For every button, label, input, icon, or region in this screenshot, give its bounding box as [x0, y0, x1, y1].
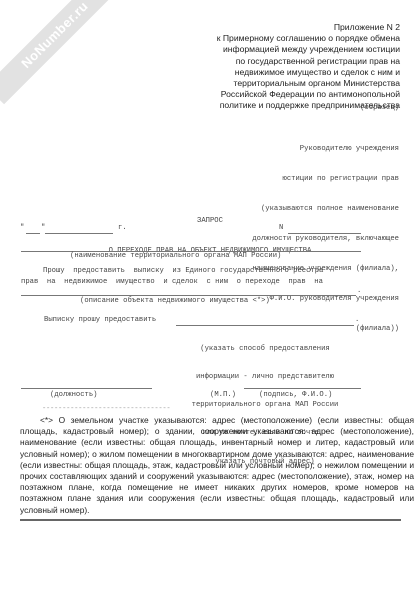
delivery-end: .: [355, 316, 359, 324]
appendix-line: к Примерному соглашению о порядке обмена: [140, 33, 400, 44]
position-caption: (должность): [50, 391, 97, 399]
appendix-header: Приложение N 2 к Примерному соглашению о…: [140, 22, 400, 112]
object-description-field[interactable]: [21, 295, 356, 296]
bottom-divider: [20, 519, 401, 521]
position-field[interactable]: [21, 388, 152, 389]
delivery-caption-line: (указать способ предоставления: [176, 345, 354, 354]
appendix-line: Российской Федерации по антимонопольной: [140, 89, 400, 100]
number-field[interactable]: [288, 233, 361, 234]
footnote-separator: --------------------------------: [42, 405, 170, 413]
date-quote-open: ": [20, 224, 24, 232]
sample-label: (образец): [360, 104, 399, 112]
heading-title: ЗАПРОС: [0, 216, 420, 226]
request-line-end: .: [357, 287, 361, 295]
footnote-text: <*> О земельном участке указываются: адр…: [20, 415, 414, 516]
request-line-2: прав на недвижимое имущество и сделок с …: [21, 278, 323, 286]
footnote: <*> О земельном участке указываются: адр…: [20, 415, 414, 516]
appendix-title: Приложение N 2: [140, 22, 400, 33]
watermark: NoNumber.ru: [0, 0, 124, 104]
delivery-label: Выписку прошу предоставить: [44, 316, 156, 324]
appendix-line: недвижимое имущество и сделок с ним и: [140, 67, 400, 78]
stamp-caption: (М.П.): [210, 391, 236, 399]
month-field[interactable]: [45, 233, 113, 234]
addressee-line: Руководителю учреждения: [252, 144, 399, 154]
delivery-caption-line: информации - лично представителю: [176, 373, 354, 382]
object-caption: (описание объекта недвижимого имущества …: [80, 297, 270, 305]
addressee-line: юстиции по регистрации прав: [252, 174, 399, 184]
appendix-line: по государственной регистрации прав на: [140, 56, 400, 67]
appendix-line: информацией между учреждением юстиции: [140, 44, 400, 55]
day-field[interactable]: [26, 233, 40, 234]
appendix-line: территориальным органом Министерства: [140, 78, 400, 89]
organ-caption: (наименование территориального органа МА…: [70, 252, 281, 260]
signature-field[interactable]: [244, 388, 361, 389]
number-label: N: [279, 224, 283, 232]
request-line-1: Прошу предоставить выписку из Единого го…: [43, 267, 323, 275]
delivery-caption-line: территориального органа МАП России: [176, 401, 354, 410]
date-quote-close: ": [41, 224, 45, 232]
year-suffix: г.: [118, 224, 127, 232]
signature-caption: (подпись, Ф.И.О.): [259, 391, 332, 399]
